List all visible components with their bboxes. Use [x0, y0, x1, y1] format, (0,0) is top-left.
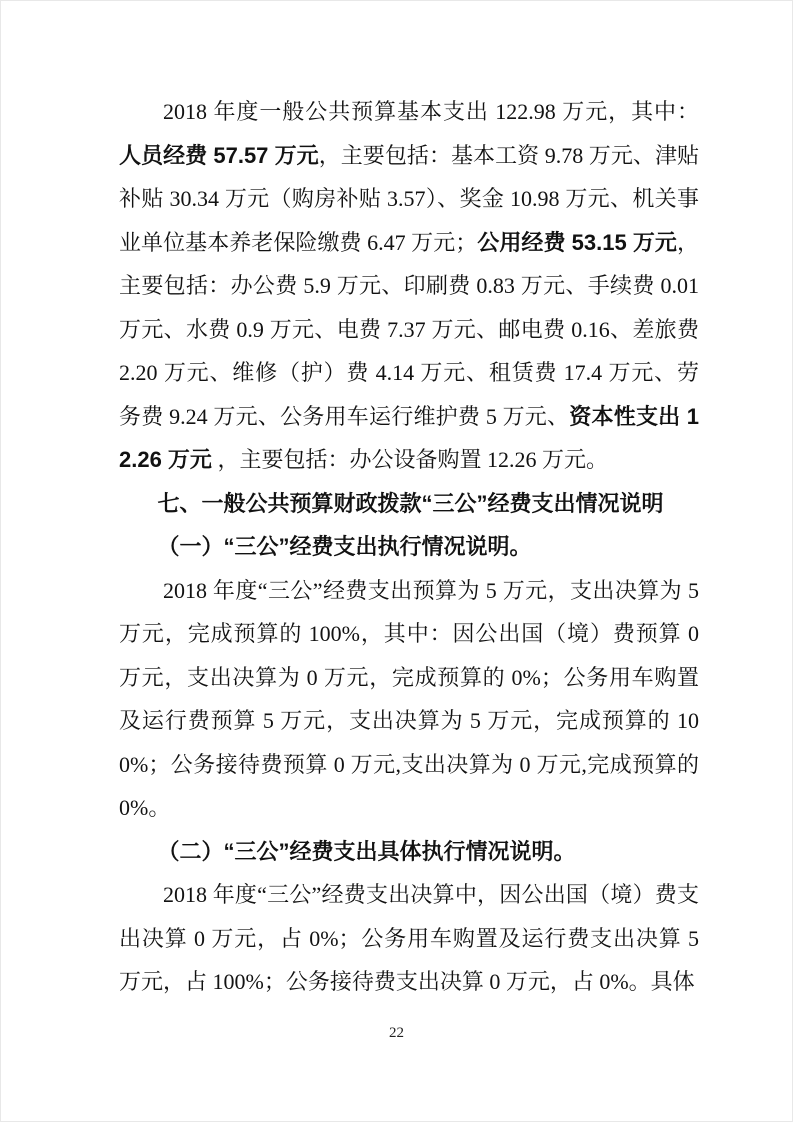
bold-text-run: （一）“三公”经费支出执行情况说明。: [158, 534, 532, 559]
bold-text-run: 公用经费 53.15 万元: [477, 230, 677, 255]
sangong-detail-paragraph: 2018 年度“三公”经费支出决算中，因公出国（境）费支出决算 0 万元，占 0…: [119, 873, 699, 1004]
bold-text-run: 人员经费 57.57 万元: [119, 143, 319, 168]
text-run: 2018 年度“三公”经费支出决算中，因公出国（境）费支出决算 0 万元，占 0…: [119, 882, 699, 994]
bold-text-run: （二）“三公”经费支出具体执行情况说明。: [158, 839, 576, 864]
page-number: 22: [1, 1023, 792, 1043]
document-body: 2018 年度一般公共预算基本支出 122.98 万元，其中：人员经费 57.5…: [119, 90, 699, 1004]
text-run: ，主要包括：办公费 5.9 万元、印刷费 0.83 万元、手续费 0.01 万元…: [119, 230, 699, 429]
text-run: 2018 年度“三公”经费支出预算为 5 万元，支出决算为 5 万元，完成预算的…: [119, 578, 699, 821]
sangong-execution-paragraph: 2018 年度“三公”经费支出预算为 5 万元，支出决算为 5 万元，完成预算的…: [119, 569, 699, 830]
subsection-heading-one: （一）“三公”经费支出执行情况说明。: [119, 525, 699, 569]
text-run: ，主要包括：办公设备购置 12.26 万元。: [212, 447, 608, 472]
basic-expenditure-paragraph: 2018 年度一般公共预算基本支出 122.98 万元，其中：人员经费 57.5…: [119, 90, 699, 482]
document-page: 2018 年度一般公共预算基本支出 122.98 万元，其中：人员经费 57.5…: [0, 0, 793, 1122]
text-run: 2018 年度一般公共预算基本支出 122.98 万元，其中：: [163, 99, 699, 124]
bold-text-run: 七、一般公共预算财政拨款“三公”经费支出情况说明: [158, 491, 664, 516]
subsection-heading-two: （二）“三公”经费支出具体执行情况说明。: [119, 830, 699, 874]
section-heading-seven: 七、一般公共预算财政拨款“三公”经费支出情况说明: [119, 482, 699, 526]
